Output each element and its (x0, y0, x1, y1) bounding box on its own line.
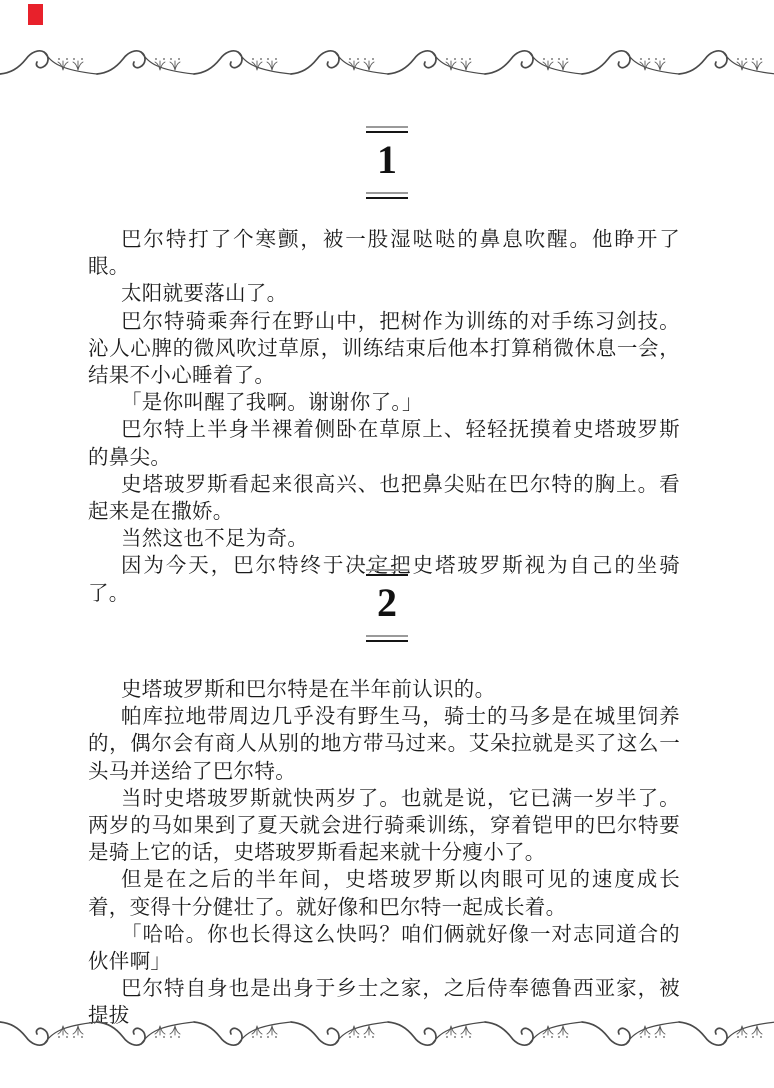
heading-rule-top (366, 569, 408, 571)
paragraph: 巴尔特打了个寒颤，被一股湿哒哒的鼻息吹醒。他睁开了眼。 (88, 227, 680, 281)
section-2-heading: 2 (0, 566, 774, 643)
section-number: 1 (377, 138, 397, 182)
paragraph: 帕库拉地带周边几乎没有野生马，骑士的马多是在城里饲养的，偶尔会有商人从别的地方带… (88, 704, 680, 786)
paragraph: 史塔玻罗斯和巴尔特是在半年前认识的。 (88, 677, 680, 704)
heading-rule-bottom (366, 192, 408, 194)
section-1-text: 巴尔特打了个寒颤，被一股湿哒哒的鼻息吹醒。他睁开了眼。太阳就要落山了。巴尔特骑乘… (88, 227, 680, 608)
paragraph: 「是你叫醒了我啊。谢谢你了。」 (88, 390, 680, 417)
paragraph: 史塔玻罗斯看起来很高兴、也把鼻尖贴在巴尔特的胸上。看起来是在撒娇。 (88, 472, 680, 526)
paragraph: 「哈哈。你也长得这么快吗？咱们俩就好像一对志同道合的伙伴啊」 (88, 922, 680, 976)
scroll-ornament-svg (0, 1016, 774, 1050)
section-number: 2 (377, 581, 397, 625)
page: 1 巴尔特打了个寒颤，被一股湿哒哒的鼻息吹醒。他睁开了眼。太阳就要落山了。巴尔特… (0, 0, 774, 1088)
section-1-heading: 1 (0, 123, 774, 200)
paragraph: 当时史塔玻罗斯就快两岁了。也就是说，它已满一岁半了。两岁的马如果到了夏天就会进行… (88, 786, 680, 868)
paragraph: 但是在之后的半年间，史塔玻罗斯以肉眼可见的速度成长着，变得十分健壮了。就好像和巴… (88, 867, 680, 921)
paragraph: 当然这也不足为奇。 (88, 526, 680, 553)
scroll-ornament-svg (0, 46, 774, 80)
section-2-text: 史塔玻罗斯和巴尔特是在半年前认识的。帕库拉地带周边几乎没有野生马，骑士的马多是在… (88, 677, 680, 1031)
paragraph: 巴尔特上半身半裸着侧卧在草原上、轻轻抚摸着史塔玻罗斯的鼻尖。 (88, 417, 680, 471)
ornamental-border-bottom (0, 1016, 774, 1050)
paragraph: 巴尔特骑乘奔行在野山中，把树作为训练的对手练习剑技。沁人心脾的微风吹过草原，训练… (88, 309, 680, 391)
ornamental-border-top (0, 46, 774, 80)
heading-rule-bottom (366, 635, 408, 637)
heading-rule-top (366, 126, 408, 128)
red-corner-mark (28, 4, 43, 25)
paragraph: 太阳就要落山了。 (88, 281, 680, 308)
